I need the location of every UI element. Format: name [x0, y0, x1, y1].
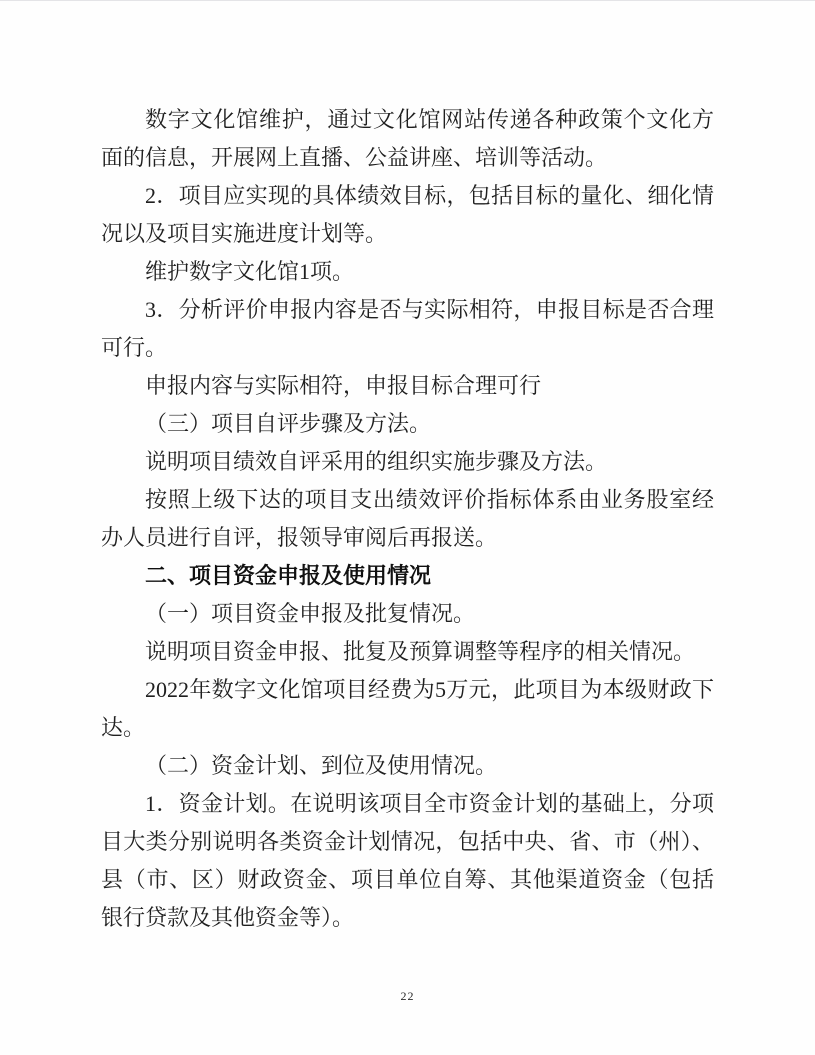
- paragraph: 3．分析评价申报内容是否与实际相符，申报目标是否合理可行。: [101, 291, 714, 367]
- paragraph: 说明项目绩效自评采用的组织实施步骤及方法。: [101, 443, 714, 481]
- paragraph: 维护数字文化馆1项。: [101, 253, 714, 291]
- paragraph: 申报内容与实际相符，申报目标合理可行: [101, 367, 714, 405]
- page-top-edge: [0, 0, 815, 1]
- page-content: 数字文化馆维护，通过文化馆网站传递各种政策个文化方面的信息，开展网上直播、公益讲…: [101, 101, 714, 937]
- paragraph: （二）资金计划、到位及使用情况。: [101, 747, 714, 785]
- paragraph: 按照上级下达的项目支出绩效评价指标体系由业务股室经办人员进行自评，报领导审阅后再…: [101, 481, 714, 557]
- paragraph: 1．资金计划。在说明该项目全市资金计划的基础上，分项目大类分别说明各类资金计划情…: [101, 785, 714, 937]
- document-page: 数字文化馆维护，通过文化馆网站传递各种政策个文化方面的信息，开展网上直播、公益讲…: [0, 0, 815, 1055]
- paragraph: 2．项目应实现的具体绩效目标，包括目标的量化、细化情况以及项目实施进度计划等。: [101, 177, 714, 253]
- section-heading: 二、项目资金申报及使用情况: [101, 557, 714, 595]
- page-number: 22: [0, 988, 815, 1004]
- paragraph: （一）项目资金申报及批复情况。: [101, 595, 714, 633]
- paragraph: 说明项目资金申报、批复及预算调整等程序的相关情况。: [101, 633, 714, 671]
- paragraph: 2022年数字文化馆项目经费为5万元，此项目为本级财政下达。: [101, 671, 714, 747]
- paragraph: 数字文化馆维护，通过文化馆网站传递各种政策个文化方面的信息，开展网上直播、公益讲…: [101, 101, 714, 177]
- paragraph: （三）项目自评步骤及方法。: [101, 405, 714, 443]
